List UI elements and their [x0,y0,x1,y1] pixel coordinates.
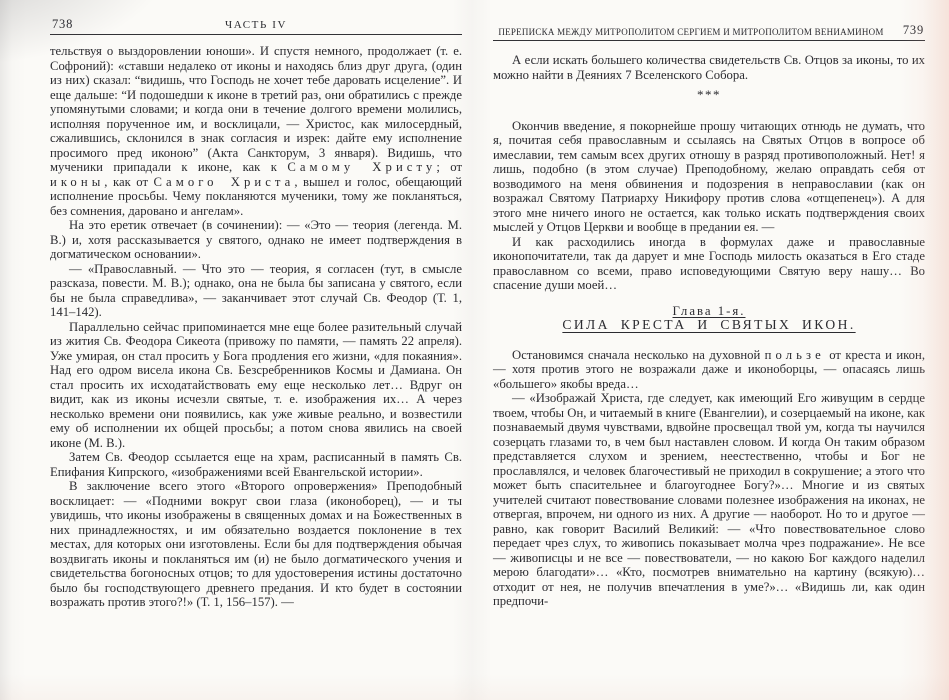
spaced-emphasis-text: Самого Христа [154,175,295,189]
spaced-emphasis-text: пользе [765,348,825,362]
text-segment: тельствуя о выздоровлении юноши». И спус… [50,44,462,174]
text-segment: Затем Св. Феодор ссылается еще на храм, … [50,450,462,479]
page-number-right: 739 [903,23,924,38]
spaced-emphasis-text: иконы [50,175,104,189]
paragraph: Остановимся сначала несколько на духовно… [493,348,925,392]
text-segment: *** [697,87,721,102]
text-segment: СИЛА КРЕСТА И СВЯТЫХ ИКОН. [562,317,855,332]
chapter-heading: Глава 1-я. [493,304,925,319]
text-segment: — «Изображай Христа, где следует, как им… [493,391,925,608]
section-separator: *** [493,88,925,103]
page-left: 738 ЧАСТЬ IV тельствуя о выздоровлении ю… [50,16,462,610]
text-segment: , как от [104,175,153,189]
paragraph: тельствуя о выздоровлении юноши». И спус… [50,44,462,218]
text-segment: В заключение всего этого «Второго опрове… [50,479,462,609]
paragraph: В заключение всего этого «Второго опрове… [50,479,462,610]
book-spread: 738 ЧАСТЬ IV тельствуя о выздоровлении ю… [0,0,949,700]
paragraph: Параллельно сейчас припоминается мне еще… [50,320,462,451]
text-segment: И как расходились иногда в формулах даже… [493,235,925,293]
paragraph: — «Православный. — Что это — теория, я с… [50,262,462,320]
chapter-title: СИЛА КРЕСТА И СВЯТЫХ ИКОН. [493,318,925,333]
text-segment: А если искать большего количества свидет… [493,53,925,82]
spaced-emphasis-text: Самому Христу [287,160,436,174]
text-segment: Окончив введение, я покорнейше прошу чит… [493,119,925,235]
text-segment: Параллельно сейчас припоминается мне еще… [50,320,462,450]
paragraph: И как расходились иногда в формулах даже… [493,235,925,293]
page-right: ПЕРЕПИСКА МЕЖДУ МИТРОПОЛИТОМ СЕРГИЕМ И М… [493,22,925,609]
running-head-right: ПЕРЕПИСКА МЕЖДУ МИТРОПОЛИТОМ СЕРГИЕМ И М… [493,22,925,41]
text-segment: На это еретик отвечает (в сочинении): — … [50,218,462,261]
paragraph: — «Изображай Христа, где следует, как им… [493,391,925,609]
page-left-body: тельствуя о выздоровлении юноши». И спус… [50,44,462,610]
text-segment: ; от [436,160,462,174]
paragraph: Окончив введение, я покорнейше прошу чит… [493,119,925,235]
running-head-left: 738 ЧАСТЬ IV [50,16,462,35]
paragraph: На это еретик отвечает (в сочинении): — … [50,218,462,262]
text-segment: Глава 1-я. [673,304,746,318]
paragraph: А если искать большего количества свидет… [493,53,925,82]
text-segment: — «Православный. — Что это — теория, я с… [50,262,462,320]
running-title-left: ЧАСТЬ IV [50,19,462,31]
paragraph: Затем Св. Феодор ссылается еще на храм, … [50,450,462,479]
running-title-right: ПЕРЕПИСКА МЕЖДУ МИТРОПОЛИТОМ СЕРГИЕМ И М… [493,27,889,37]
text-segment: Остановимся сначала несколько на духовно… [512,348,765,362]
page-right-body: А если искать большего количества свидет… [493,53,925,609]
